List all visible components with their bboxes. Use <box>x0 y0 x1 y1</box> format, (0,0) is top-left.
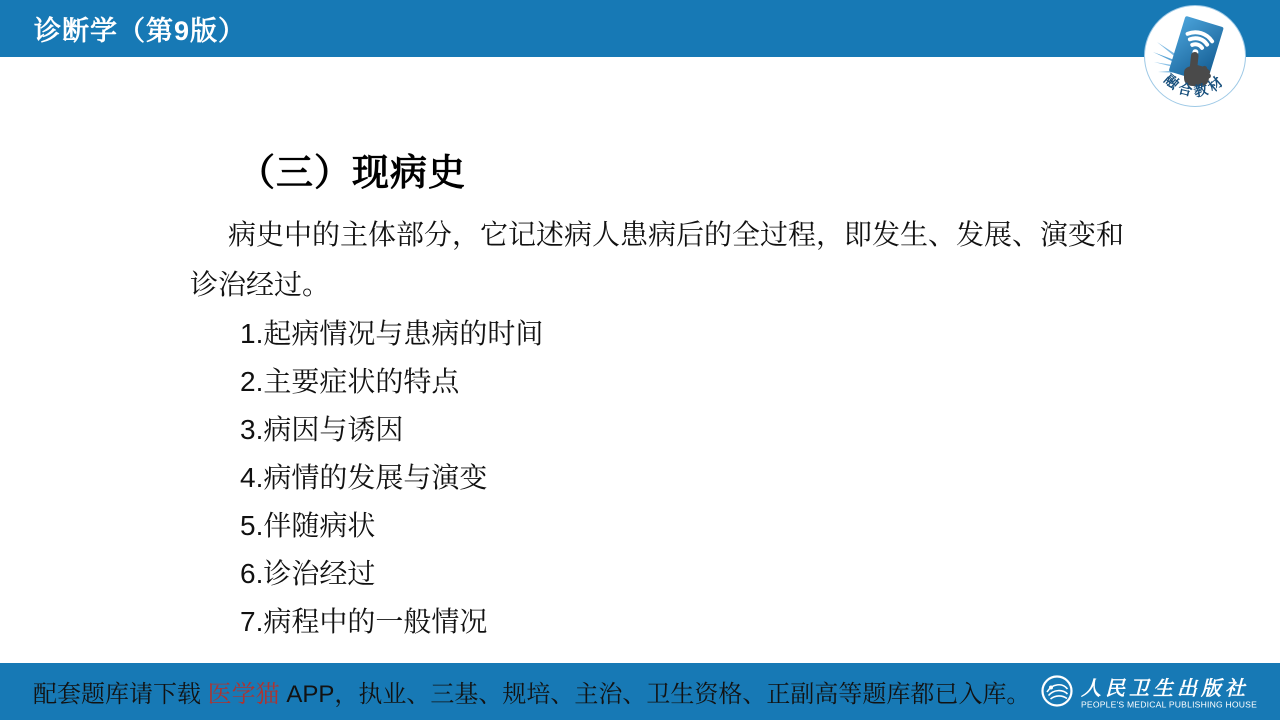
list-item: 5.伴随病状 <box>240 502 543 550</box>
footer-text-after: APP，执业、三基、规培、主治、卫生资格、正副高等题库都已入库。 <box>280 681 1031 708</box>
pmph-wave-emblem-icon <box>1043 676 1072 705</box>
footer-text-before: 配套题库请下载 <box>33 681 208 708</box>
app-name: 医学猫 <box>208 681 280 708</box>
list-item: 2.主要症状的特点 <box>240 358 543 406</box>
publisher-logo-graphic: 人民卫生出版社 PEOPLE'S MEDICAL PUBLISHING HOUS… <box>1040 671 1258 713</box>
book-title: 诊断学（第9版） <box>34 9 246 48</box>
footer-bar: 配套题库请下载 医学猫 APP，执业、三基、规培、主治、卫生资格、正副高等题库都… <box>0 663 1280 720</box>
intro-paragraph-line-1: 病史中的主体部分，它记述病人患病后的全过程，即发生、发展、演变和 <box>190 210 1124 260</box>
footer-text: 配套题库请下载 医学猫 APP，执业、三基、规培、主治、卫生资格、正副高等题库都… <box>33 674 1030 709</box>
list-item: 3.病因与诱因 <box>240 406 543 454</box>
section-title: （三）现病史 <box>238 150 466 196</box>
list-item: 7.病程中的一般情况 <box>240 598 543 646</box>
slide: 诊断学（第9版） <box>0 0 1280 720</box>
intro-paragraph-line-2: 诊治经过。 <box>190 260 1124 310</box>
list-item: 4.病情的发展与演变 <box>240 454 543 502</box>
fusion-textbook-badge: 融合教材 <box>1143 4 1247 108</box>
list-item: 6.诊治经过 <box>240 550 543 598</box>
intro-paragraph: 病史中的主体部分，它记述病人患病后的全过程，即发生、发展、演变和 诊治经过。 <box>190 210 1124 310</box>
numbered-list: 1.起病情况与患病的时间 2.主要症状的特点 3.病因与诱因 4.病情的发展与演… <box>240 310 543 646</box>
fusion-textbook-badge-graphic: 融合教材 <box>1143 4 1247 108</box>
header-bar: 诊断学（第9版） <box>0 0 1280 57</box>
publisher-name-cn: 人民卫生出版社 <box>1080 677 1249 700</box>
publisher-logo: 人民卫生出版社 PEOPLE'S MEDICAL PUBLISHING HOUS… <box>1040 671 1258 713</box>
list-item: 1.起病情况与患病的时间 <box>240 310 543 358</box>
publisher-name-en: PEOPLE'S MEDICAL PUBLISHING HOUSE <box>1081 699 1257 709</box>
